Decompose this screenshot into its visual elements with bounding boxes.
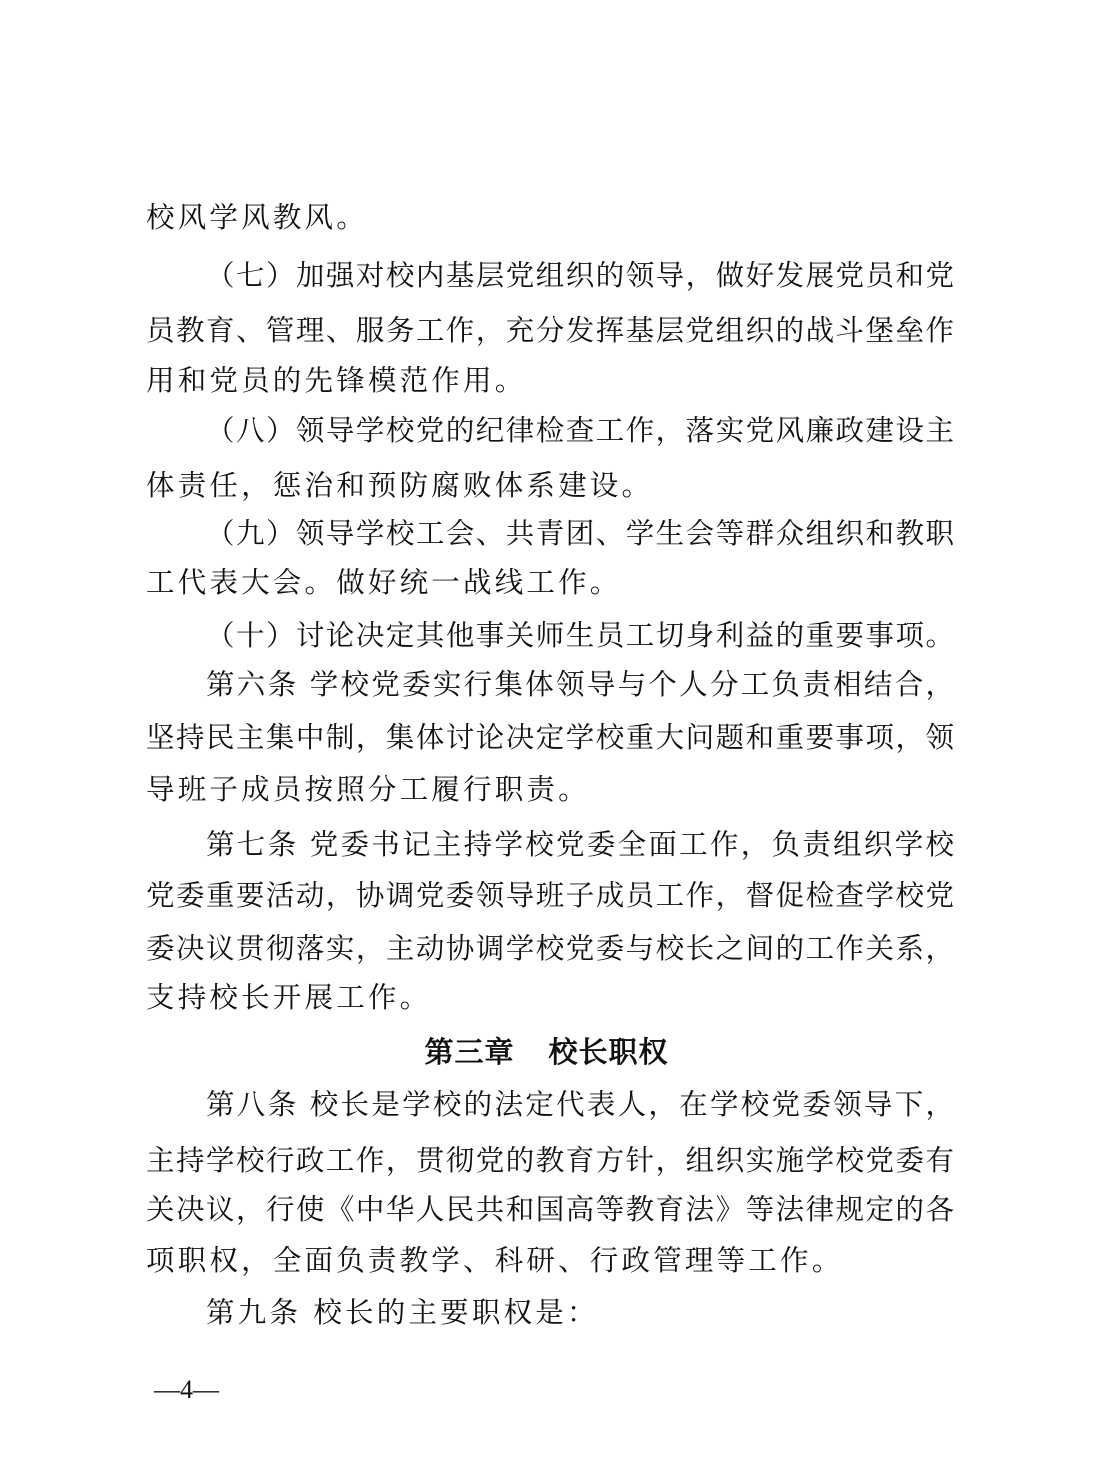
paragraph-line: 委决议贯彻落实，主动协调学校党委与校长之间的工作关系，	[146, 931, 954, 967]
chapter-heading: 第三章校长职权	[0, 1034, 1093, 1070]
chapter-title: 校长职权	[549, 1034, 669, 1070]
document-page: 校风学风教风。 （七）加强对校内基层党组织的领导，做好发展党员和党 员教育、管理…	[0, 0, 1093, 1471]
paragraph-line: 第九条 校长的主要职权是：	[206, 1295, 954, 1331]
paragraph-line: 关决议，行使《中华人民共和国高等教育法》等法律规定的各	[146, 1192, 954, 1228]
paragraph-line: （十）讨论决定其他事关师生员工切身利益的重要事项。	[206, 618, 954, 654]
paragraph-line: 坚持民主集中制，集体讨论决定学校重大问题和重要事项，领	[146, 720, 954, 756]
paragraph-line: 第八条 校长是学校的法定代表人，在学校党委领导下，	[206, 1087, 954, 1123]
paragraph-line: 校风学风教风。	[146, 200, 954, 236]
paragraph-line: 第七条 党委书记主持学校党委全面工作，负责组织学校	[206, 827, 954, 863]
page-number: —4—	[154, 1374, 219, 1406]
paragraph-line: 主持学校行政工作，贯彻党的教育方针，组织实施学校党委有	[146, 1143, 954, 1179]
paragraph-line: 工代表大会。做好统一战线工作。	[146, 565, 954, 601]
paragraph-line: （七）加强对校内基层党组织的领导，做好发展党员和党	[206, 258, 954, 294]
chapter-number: 第三章	[424, 1034, 514, 1070]
paragraph-line: 项职权，全面负责教学、科研、行政管理等工作。	[146, 1243, 954, 1279]
paragraph-line: 第六条 学校党委实行集体领导与个人分工负责相结合，	[206, 667, 954, 703]
paragraph-line: 体责任，惩治和预防腐败体系建设。	[146, 468, 954, 504]
paragraph-line: 导班子成员按照分工履行职责。	[146, 772, 954, 808]
paragraph-line: 用和党员的先锋模范作用。	[146, 363, 954, 399]
paragraph-line: 员教育、管理、服务工作，充分发挥基层党组织的战斗堡垒作	[146, 313, 954, 349]
paragraph-line: 支持校长开展工作。	[146, 980, 954, 1016]
paragraph-line: （九）领导学校工会、共青团、学生会等群众组织和教职	[206, 516, 954, 552]
paragraph-line: 党委重要活动，协调党委领导班子成员工作，督促检查学校党	[146, 878, 954, 914]
paragraph-line: （八）领导学校党的纪律检查工作，落实党风廉政建设主	[206, 413, 954, 449]
